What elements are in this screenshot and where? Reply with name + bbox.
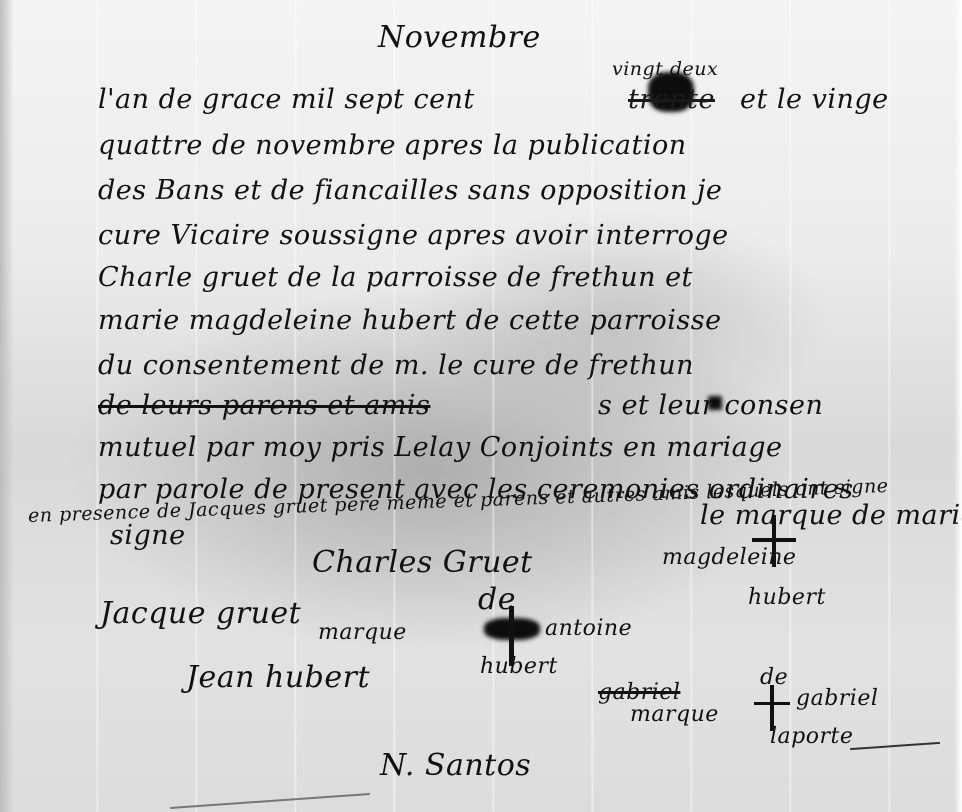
body-line-5: Charle gruet de la parroisse de frethun … — [98, 262, 693, 293]
cross-mark-marie-h — [752, 538, 796, 542]
signature-magdeleine: magdeleine — [662, 545, 796, 570]
signature-antoine-hubert: hubert — [480, 654, 558, 679]
signature-laporte: laporte — [770, 724, 853, 749]
body-line-2: quattre de novembre apres la publication — [98, 130, 687, 161]
signature-gabriel: gabriel — [796, 686, 878, 711]
page-left-edge — [0, 0, 14, 812]
body-line-1-tail: et le vinge — [740, 84, 889, 115]
signature-jean-hubert: Jean hubert — [186, 660, 370, 695]
body-line-1: l'an de grace mil sept cent — [98, 84, 475, 115]
page-right-edge — [954, 0, 962, 812]
signature-antoine: antoine — [545, 616, 632, 641]
note-marque-de-marie: le marque de marie — [700, 500, 962, 531]
signature-hubert: hubert — [748, 585, 826, 610]
body-line-7: du consentement de m. le cure de frethun — [98, 350, 694, 381]
body-line-4: cure Vicaire soussigne apres avoir inter… — [98, 220, 729, 251]
signature-jacque-gruet: Jacque gruet — [100, 596, 301, 631]
body-line-3: des Bans et de fiancailles sans oppositi… — [98, 175, 722, 206]
signature-marque-antoine: marque — [318, 620, 407, 645]
signature-charles-gruet: Charles Gruet — [312, 545, 533, 580]
body-line-6: marie magdeleine hubert de cette parrois… — [98, 305, 722, 336]
signature-marque-gabriel: marque — [630, 702, 719, 727]
laporte-flourish — [850, 742, 940, 750]
month-heading: Novembre — [378, 20, 541, 55]
signature-de-gabriel: de — [760, 665, 788, 690]
signature-priest-santos: N. Santos — [380, 748, 531, 783]
priest-underline — [170, 793, 370, 809]
body-line-9: mutuel par moy pris Lelay Conjoints en m… — [98, 432, 783, 463]
struck-word-trente: trente — [628, 84, 715, 115]
struck-phrase-parens: de leurs parens et amis — [98, 390, 430, 421]
register-page: Novembre vingt deux l'an de grace mil se… — [0, 0, 962, 812]
ink-blot-small — [708, 396, 722, 410]
cross-mark-gabriel-h — [754, 702, 790, 705]
body-line-11-signe: signe — [110, 520, 186, 551]
